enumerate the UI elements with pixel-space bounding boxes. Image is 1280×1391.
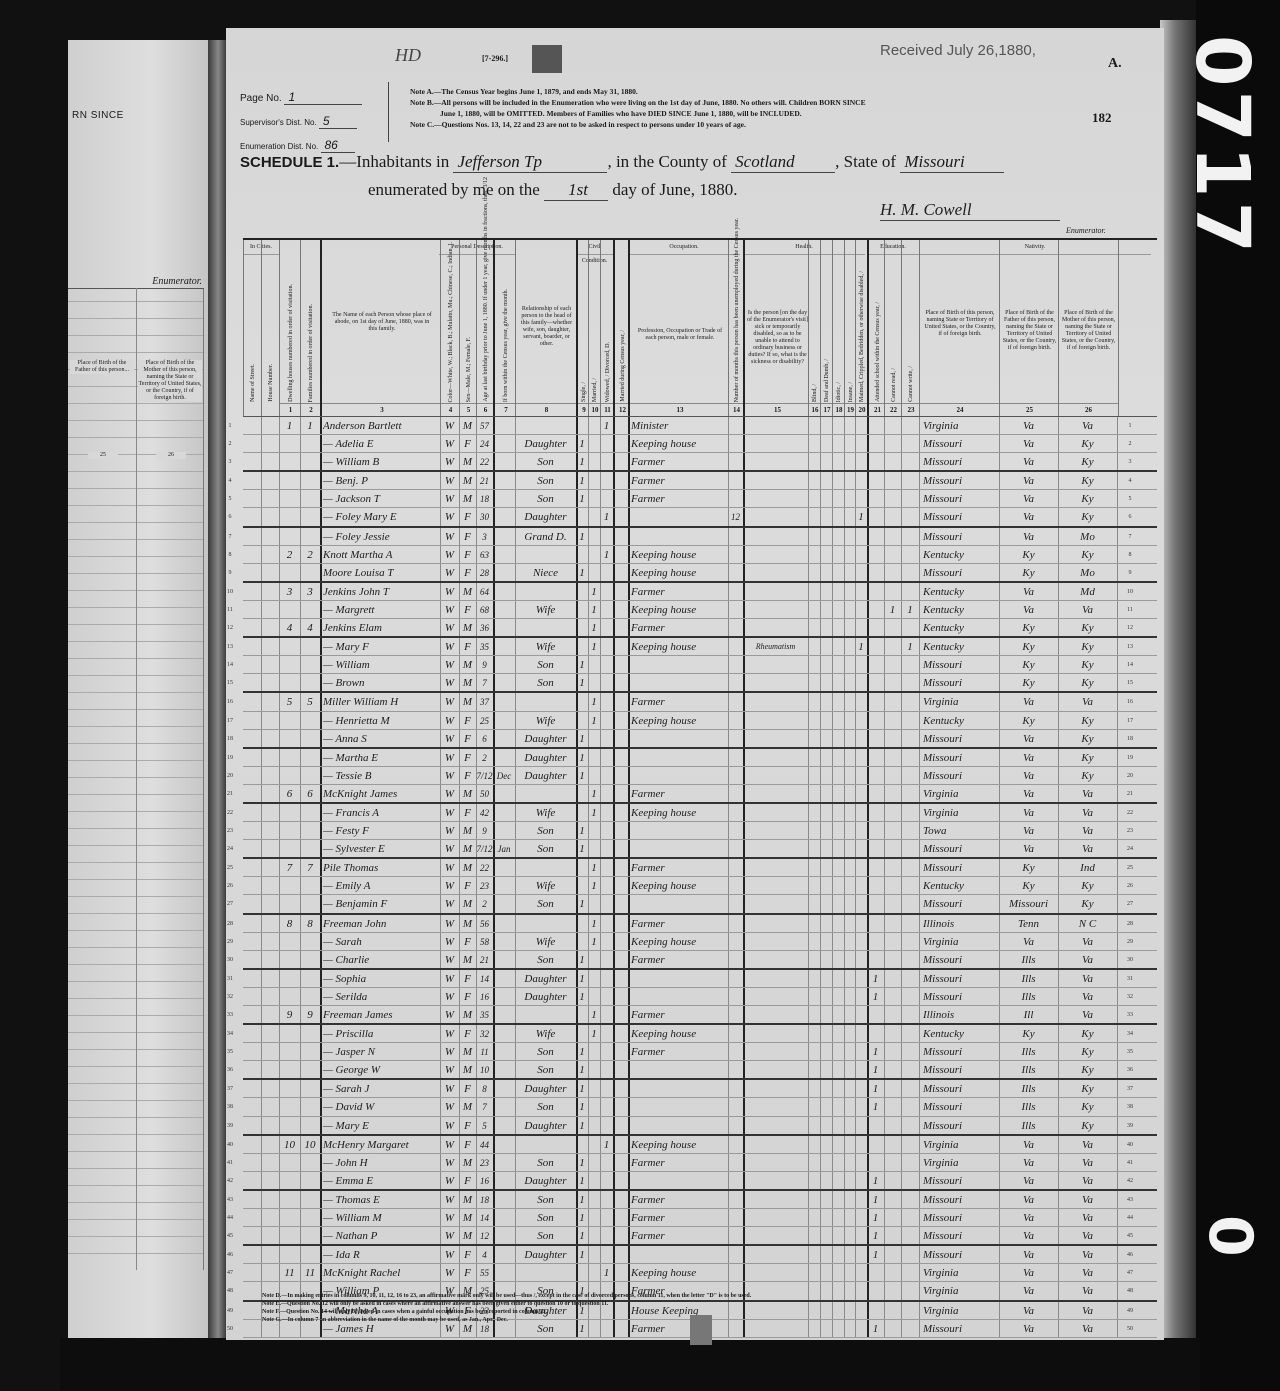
occupation: Farmer (631, 490, 727, 507)
col-1: Dwelling houses numbered in order of vis… (279, 240, 301, 416)
family-number (300, 988, 320, 1005)
birthplace: Missouri (923, 1098, 999, 1115)
widowed-mark (600, 1043, 613, 1060)
relationship: Son (515, 674, 576, 691)
birthplace: Kentucky (923, 712, 999, 729)
sex: F (459, 988, 476, 1005)
cannot-write-mark (901, 1006, 919, 1023)
father-birthplace: Va (999, 472, 1058, 489)
col-11: Widowed, / Divorced, D.11 (600, 240, 614, 416)
age: 32 (476, 1025, 493, 1042)
family-number (300, 951, 320, 968)
sex: M (459, 1191, 476, 1208)
age: 3 (476, 528, 493, 545)
maimed-mark (855, 472, 867, 489)
line-number-left: 45 (221, 1227, 239, 1244)
occupation: Farmer (631, 859, 727, 876)
father-birthplace: Ky (999, 656, 1058, 673)
relationship: Daughter (515, 970, 576, 987)
sickness (743, 877, 808, 894)
cannot-write-mark (901, 472, 919, 489)
school-mark (867, 933, 884, 950)
family-number (300, 1080, 320, 1097)
sickness (743, 1098, 808, 1115)
table-row: 26 — Emily A W F 23 Wife 1 Keeping house… (243, 877, 1157, 895)
single-mark: 1 (576, 840, 588, 857)
mother-birthplace: Va (1058, 1154, 1117, 1171)
col-8: Relationship of each person to the head … (515, 240, 577, 416)
color: W (440, 638, 459, 655)
occupation (631, 730, 727, 747)
birth-month (493, 490, 515, 507)
birthplace: Missouri (923, 1061, 999, 1078)
line-number-right: 8 (1121, 546, 1139, 563)
single-mark: 1 (576, 749, 588, 766)
mother-birthplace: Ky (1058, 895, 1117, 912)
age: 63 (476, 546, 493, 563)
occupation: Keeping house (631, 877, 727, 894)
age: 12 (476, 1227, 493, 1244)
col-1-label: Dwelling houses numbered in order of vis… (288, 284, 294, 402)
col-13-number: 13 (630, 403, 730, 416)
sex: F (459, 1025, 476, 1042)
married-mark (588, 822, 600, 839)
cannot-write-mark (901, 1302, 919, 1319)
age: 21 (476, 951, 493, 968)
person-name: — Priscilla (323, 1025, 439, 1042)
inhabitants-in-label: —Inhabitants in (339, 152, 449, 171)
occupation: Farmer (631, 453, 727, 470)
birth-month (493, 656, 515, 673)
relationship (515, 915, 576, 932)
person-name: — Anna S (323, 730, 439, 747)
cannot-read-mark (884, 1172, 901, 1189)
cannot-write-mark: 1 (901, 601, 919, 618)
col-7: If born within the Census year, give the… (493, 240, 517, 416)
person-name: — Foley Mary E (323, 508, 439, 525)
relationship: Wife (515, 601, 576, 618)
months-unemployed (728, 1061, 743, 1078)
maimed-mark (855, 417, 867, 434)
father-birthplace: Ky (999, 1025, 1058, 1042)
relationship: Daughter (515, 1172, 576, 1189)
occupation: Farmer (631, 693, 727, 710)
birth-month (493, 619, 515, 636)
birthplace: Kentucky (923, 1025, 999, 1042)
mother-birthplace: Ind (1058, 859, 1117, 876)
father-birthplace: Ky (999, 859, 1058, 876)
cannot-write-mark (901, 970, 919, 987)
school-mark: 1 (867, 1209, 884, 1226)
widowed-mark: 1 (600, 508, 613, 525)
single-mark: 1 (576, 822, 588, 839)
age: 24 (476, 435, 493, 452)
school-mark (867, 1302, 884, 1319)
months-unemployed (728, 859, 743, 876)
birth-month (493, 674, 515, 691)
dwelling-number (279, 656, 300, 673)
birth-month: Dec (493, 767, 515, 784)
maimed-mark (855, 895, 867, 912)
occupation (631, 1098, 727, 1115)
cannot-read-mark (884, 1246, 901, 1263)
father-birthplace: Ills (999, 1080, 1058, 1097)
occupation: Keeping house (631, 564, 727, 581)
line-number-left: 34 (221, 1025, 239, 1042)
single-mark: 1 (576, 951, 588, 968)
color: W (440, 877, 459, 894)
single-mark: 1 (576, 674, 588, 691)
line-number-right: 11 (1121, 601, 1139, 618)
line-number-left: 35 (221, 1043, 239, 1060)
birth-month (493, 749, 515, 766)
father-birthplace: Va (999, 1264, 1058, 1281)
birthplace: Missouri (923, 1246, 999, 1263)
single-mark (576, 546, 588, 563)
col-24-number: 24 (920, 403, 1000, 416)
enumeration-day: 1st (544, 180, 608, 201)
relationship (515, 785, 576, 802)
color: W (440, 915, 459, 932)
sickness: Rheumatism (743, 638, 808, 655)
col-5-number: 5 (460, 403, 477, 416)
widowed-mark: 1 (600, 1136, 613, 1153)
cannot-read-mark (884, 1154, 901, 1171)
sickness (743, 1282, 808, 1299)
birthplace: Virginia (923, 1136, 999, 1153)
cannot-write-mark (901, 951, 919, 968)
cannot-read-mark (884, 1006, 901, 1023)
line-number-left: 17 (221, 712, 239, 729)
occupation (631, 988, 727, 1005)
months-unemployed (728, 840, 743, 857)
cannot-write-mark (901, 1061, 919, 1078)
line-number-right: 21 (1121, 785, 1139, 802)
father-birthplace: Va (999, 1320, 1058, 1337)
line-number-left: 18 (221, 730, 239, 747)
age: 11 (476, 1043, 493, 1060)
cannot-read-mark (884, 1025, 901, 1042)
family-number: 1 (300, 417, 320, 434)
maimed-mark (855, 712, 867, 729)
table-row: 17 — Henrietta M W F 25 Wife 1 Keeping h… (243, 712, 1157, 730)
father-birthplace: Ky (999, 877, 1058, 894)
months-unemployed (728, 1080, 743, 1097)
mother-birthplace: Ky (1058, 1061, 1117, 1078)
sickness (743, 1043, 808, 1060)
maimed-mark (855, 601, 867, 618)
family-number (300, 804, 320, 821)
relationship: Daughter (515, 1246, 576, 1263)
col-15-number: 15 (745, 403, 810, 416)
mother-birthplace: Va (1058, 840, 1117, 857)
school-mark: 1 (867, 1191, 884, 1208)
occupation: Keeping house (631, 1264, 727, 1281)
months-unemployed (728, 1006, 743, 1023)
dwelling-number: 3 (279, 583, 300, 600)
color: W (440, 1264, 459, 1281)
sickness (743, 693, 808, 710)
enumeration-dist-label: Enumeration Dist. No. (240, 142, 318, 151)
mother-birthplace: Va (1058, 1136, 1117, 1153)
months-unemployed (728, 730, 743, 747)
months-unemployed (728, 453, 743, 470)
family-number (300, 730, 320, 747)
father-birthplace: Ky (999, 674, 1058, 691)
cannot-read-mark (884, 951, 901, 968)
cannot-read-mark (884, 767, 901, 784)
birth-month (493, 1264, 515, 1281)
months-unemployed (728, 951, 743, 968)
relationship (515, 1006, 576, 1023)
months-unemployed: 12 (728, 508, 743, 525)
sickness (743, 674, 808, 691)
relationship: Daughter (515, 749, 576, 766)
sickness (743, 490, 808, 507)
color: W (440, 1061, 459, 1078)
school-mark (867, 528, 884, 545)
line-number-left: 6 (221, 508, 239, 525)
line-number-right: 2 (1121, 435, 1139, 452)
age: 44 (476, 1136, 493, 1153)
married-mark (588, 1191, 600, 1208)
person-name: McKnight Rachel (323, 1264, 439, 1281)
birth-month (493, 1025, 515, 1042)
cannot-read-mark (884, 693, 901, 710)
father-birthplace: Va (999, 840, 1058, 857)
birthplace: Missouri (923, 564, 999, 581)
enumerator-signature: H. M. Cowell (880, 200, 1060, 221)
cannot-read-mark (884, 877, 901, 894)
father-birthplace: Va (999, 1302, 1058, 1319)
cannot-read-mark (884, 546, 901, 563)
table-row: 9 Moore Louisa T W F 28 Niece 1 Keeping … (243, 564, 1157, 583)
occupation: Keeping house (631, 804, 727, 821)
family-number (300, 490, 320, 507)
line-number-right: 46 (1121, 1246, 1139, 1263)
table-row: 47 11 11 McKnight Rachel W F 55 1 Keepin… (243, 1264, 1157, 1282)
sickness (743, 1061, 808, 1078)
col-4: Color—White, W.; Black, B.; Mulatto, Mu.… (440, 240, 460, 416)
father-birthplace: Va (999, 693, 1058, 710)
occupation: Farmer (631, 951, 727, 968)
single-mark: 1 (576, 895, 588, 912)
age: 21 (476, 472, 493, 489)
table-body: 1 1 1 Anderson Bartlett W M 57 1 Ministe… (243, 417, 1157, 1338)
maimed-mark (855, 767, 867, 784)
prev-page-since-text: RN SINCE (72, 110, 124, 121)
person-name: Jenkins John T (323, 583, 439, 600)
cannot-write-mark (901, 749, 919, 766)
birth-month (493, 453, 515, 470)
birth-month (493, 933, 515, 950)
mother-birthplace: Ky (1058, 656, 1117, 673)
father-birthplace: Ky (999, 564, 1058, 581)
months-unemployed (728, 490, 743, 507)
months-unemployed (728, 1043, 743, 1060)
person-name: — Emily A (323, 877, 439, 894)
col-22: Cannot read, /22 (884, 240, 902, 416)
cannot-write-mark (901, 933, 919, 950)
father-birthplace: Ills (999, 1117, 1058, 1134)
age: 42 (476, 804, 493, 821)
mother-birthplace: Ky (1058, 674, 1117, 691)
cannot-read-mark (884, 1264, 901, 1281)
widowed-mark: 1 (600, 546, 613, 563)
birth-month (493, 988, 515, 1005)
dwelling-number (279, 1043, 300, 1060)
cannot-write-mark (901, 508, 919, 525)
township-value: Jefferson Tp (453, 152, 607, 173)
school-mark (867, 915, 884, 932)
sickness (743, 417, 808, 434)
father-birthplace: Va (999, 1227, 1058, 1244)
col-22-number: 22 (885, 403, 902, 416)
birth-month (493, 712, 515, 729)
birthplace: Kentucky (923, 546, 999, 563)
single-mark: 1 (576, 1191, 588, 1208)
line-number-right: 7 (1121, 528, 1139, 545)
birthplace: Missouri (923, 970, 999, 987)
sex: F (459, 730, 476, 747)
school-mark (867, 435, 884, 452)
sickness (743, 1172, 808, 1189)
occupation: Farmer (631, 1209, 727, 1226)
birthplace: Virginia (923, 1282, 999, 1299)
cannot-write-mark (901, 546, 919, 563)
occupation (631, 749, 727, 766)
birth-month (493, 1136, 515, 1153)
widowed-mark (600, 1080, 613, 1097)
occupation (631, 970, 727, 987)
cannot-read-mark (884, 730, 901, 747)
sickness (743, 1117, 808, 1134)
maimed-mark (855, 1246, 867, 1263)
person-name: — Adelia E (323, 435, 439, 452)
family-number (300, 453, 320, 470)
cannot-read-mark (884, 528, 901, 545)
age: 22 (476, 453, 493, 470)
dwelling-number (279, 435, 300, 452)
father-birthplace: Tenn (999, 915, 1058, 932)
line-number-right: 30 (1121, 951, 1139, 968)
months-unemployed (728, 528, 743, 545)
father-birthplace: Ills (999, 1061, 1058, 1078)
dwelling-number (279, 840, 300, 857)
mother-birthplace: Va (1058, 970, 1117, 987)
cannot-write-mark (901, 1227, 919, 1244)
sex: M (459, 915, 476, 932)
age: 16 (476, 988, 493, 1005)
birthplace: Virginia (923, 1302, 999, 1319)
note-a: Note A.—The Census Year begins June 1, 1… (410, 86, 1090, 97)
birth-month (493, 915, 515, 932)
birthplace: Virginia (923, 417, 999, 434)
sex: M (459, 619, 476, 636)
sex: F (459, 749, 476, 766)
mother-birthplace: Va (1058, 1006, 1117, 1023)
relationship: Son (515, 840, 576, 857)
maimed-mark (855, 749, 867, 766)
birth-month (493, 895, 515, 912)
school-mark (867, 1025, 884, 1042)
line-number-left: 5 (221, 490, 239, 507)
relationship (515, 859, 576, 876)
occupation: Farmer (631, 583, 727, 600)
months-unemployed (728, 546, 743, 563)
mother-birthplace: Va (1058, 1227, 1117, 1244)
maimed-mark (855, 619, 867, 636)
married-mark (588, 490, 600, 507)
school-mark (867, 951, 884, 968)
sex: F (459, 546, 476, 563)
col-2-number: 2 (301, 403, 321, 416)
line-number-right: 48 (1121, 1282, 1139, 1299)
person-name: — William M (323, 1209, 439, 1226)
enumeration-date-line: enumerated by me on the 1st day of June,… (368, 180, 737, 201)
single-mark (576, 417, 588, 434)
married-mark (588, 1264, 600, 1281)
cannot-write-mark (901, 1136, 919, 1153)
months-unemployed (728, 1136, 743, 1153)
col-25: Place of Birth of the Father of this per… (999, 240, 1059, 416)
color: W (440, 988, 459, 1005)
relationship: Daughter (515, 1080, 576, 1097)
widowed-mark (600, 1246, 613, 1263)
cannot-write-mark (901, 693, 919, 710)
maimed-mark (855, 785, 867, 802)
cannot-write-mark: 1 (901, 638, 919, 655)
relationship (515, 1136, 576, 1153)
months-unemployed (728, 1117, 743, 1134)
line-number-right: 12 (1121, 619, 1139, 636)
cannot-write-mark (901, 785, 919, 802)
cannot-read-mark (884, 435, 901, 452)
line-number-right: 16 (1121, 693, 1139, 710)
cannot-read-mark (884, 1117, 901, 1134)
note-g: Note G.—In column 7 an abbreviation in t… (262, 1316, 751, 1324)
birthplace: Missouri (923, 1209, 999, 1226)
color: W (440, 785, 459, 802)
col-street-label: Name of Street. (250, 364, 256, 402)
relationship (515, 619, 576, 636)
school-mark (867, 749, 884, 766)
occupation: Keeping house (631, 933, 727, 950)
line-number-right: 40 (1121, 1136, 1139, 1153)
sex: F (459, 1136, 476, 1153)
cannot-read-mark (884, 508, 901, 525)
person-name: — William B (323, 453, 439, 470)
table-row: 12 4 4 Jenkins Elam W M 36 1 Farmer Kent… (243, 619, 1157, 638)
line-number-right: 17 (1121, 712, 1139, 729)
maimed-mark (855, 1043, 867, 1060)
months-unemployed (728, 785, 743, 802)
single-mark (576, 915, 588, 932)
months-unemployed (728, 1264, 743, 1281)
person-name: Knott Martha A (323, 546, 439, 563)
table-row: 32 — Serilda W F 16 Daughter 1 1 Missour… (243, 988, 1157, 1006)
sex: F (459, 435, 476, 452)
widowed-mark (600, 877, 613, 894)
months-unemployed (728, 988, 743, 1005)
cannot-write-mark (901, 453, 919, 470)
mother-birthplace: Mo (1058, 528, 1117, 545)
schedule-label: SCHEDULE 1. (240, 154, 339, 171)
line-number-right: 31 (1121, 970, 1139, 987)
school-mark (867, 601, 884, 618)
school-mark: 1 (867, 1246, 884, 1263)
cannot-write-mark (901, 1209, 919, 1226)
